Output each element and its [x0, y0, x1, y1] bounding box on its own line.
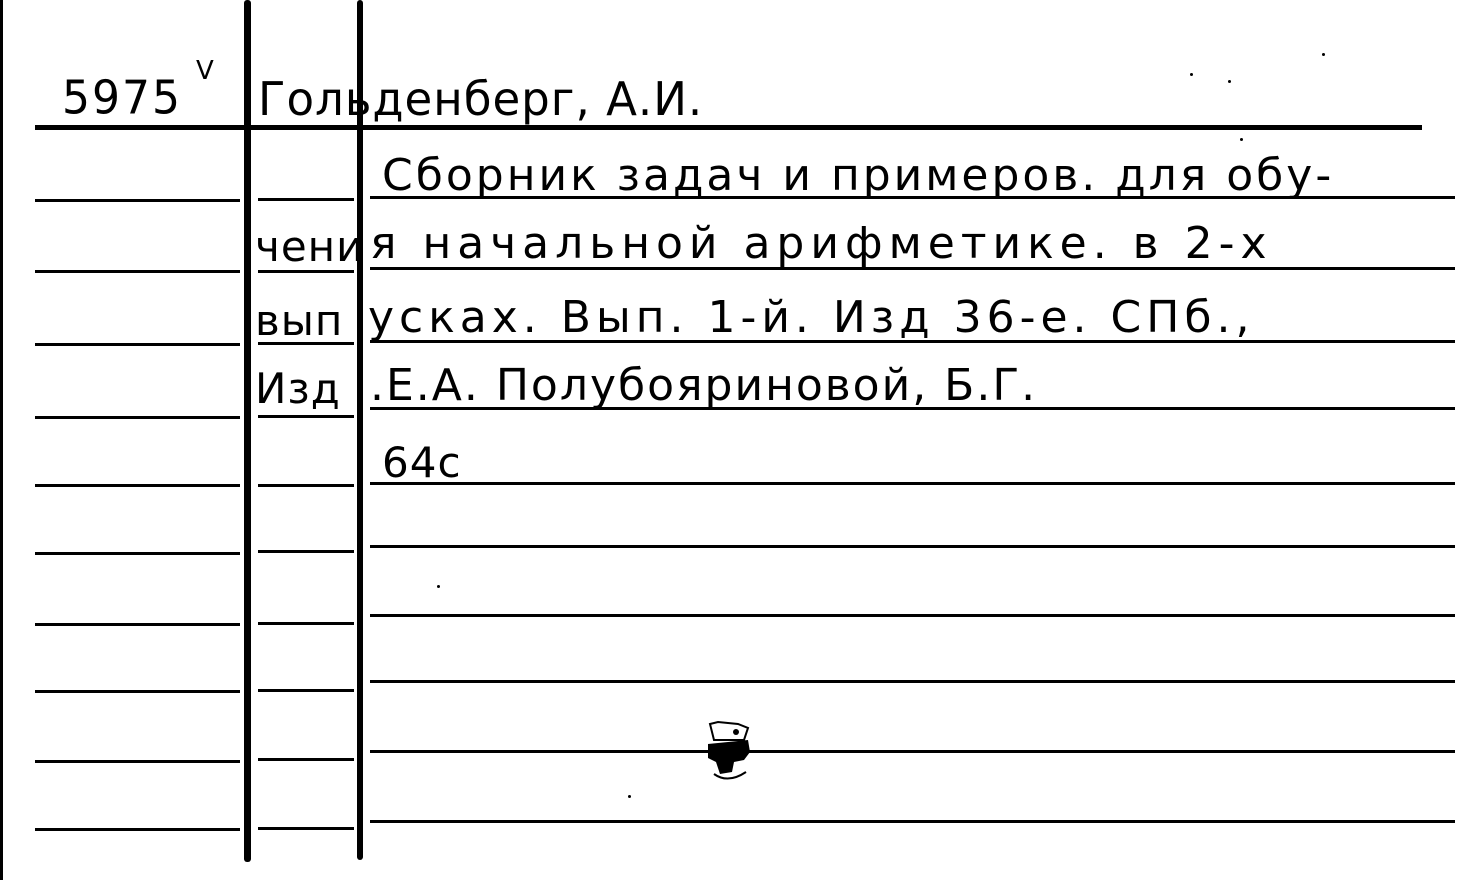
- ruled-line: [35, 760, 240, 763]
- speck: [1190, 73, 1193, 76]
- ruled-line: [35, 552, 240, 555]
- publisher-line-margin: Изд: [255, 364, 341, 413]
- ruled-line: [370, 820, 1455, 823]
- check-mark: V: [196, 56, 215, 86]
- ruled-line: [35, 270, 240, 273]
- edition-line: усках. Вып. 1-й. Изд 36-е. СПб.,: [368, 292, 1254, 343]
- ruled-line: [258, 415, 354, 418]
- title-line-margin: чени: [255, 222, 364, 271]
- ruled-line: [370, 482, 1455, 485]
- ruled-line: [370, 545, 1455, 548]
- ruled-line: [370, 680, 1455, 683]
- call-number: 5975: [62, 71, 182, 125]
- ruled-line: [258, 198, 354, 201]
- ruled-line: [258, 550, 354, 553]
- title-line: Сборник задач и примеров. для обу-: [382, 150, 1334, 201]
- ruled-line: [258, 484, 354, 487]
- ruled-line: [35, 416, 240, 419]
- ruled-line: [370, 614, 1455, 617]
- title-line-margin: вып: [255, 296, 343, 345]
- ruled-line: [258, 827, 354, 830]
- speck: [1240, 138, 1243, 141]
- speck: [628, 795, 631, 798]
- speck: [1322, 53, 1325, 56]
- ruled-line: [35, 484, 240, 487]
- ruled-line: [35, 690, 240, 693]
- ruled-line: [35, 343, 240, 346]
- ruled-line: [258, 622, 354, 625]
- library-stamp-icon: [704, 718, 754, 784]
- speck: [437, 585, 440, 588]
- ruled-line: [370, 750, 1455, 753]
- ruled-line: [35, 623, 240, 626]
- title-line: я начальной арифметике. в 2-х: [370, 218, 1273, 269]
- card-left-edge: [0, 0, 3, 880]
- ruled-line: [258, 689, 354, 692]
- ruled-line: [258, 758, 354, 761]
- author-heading: Гольденберг, А.И.: [258, 72, 703, 126]
- publisher-line: .Е.А. Полубояриновой, Б.Г.: [370, 360, 1037, 411]
- ruled-line: [35, 199, 240, 202]
- speck: [1228, 80, 1231, 83]
- catalog-card: 5975 V Гольденберг, А.И. Сборник задач и…: [0, 0, 1472, 880]
- header-rule: [35, 125, 1422, 130]
- ruled-line: [35, 828, 240, 831]
- pagination: 64с: [382, 438, 462, 487]
